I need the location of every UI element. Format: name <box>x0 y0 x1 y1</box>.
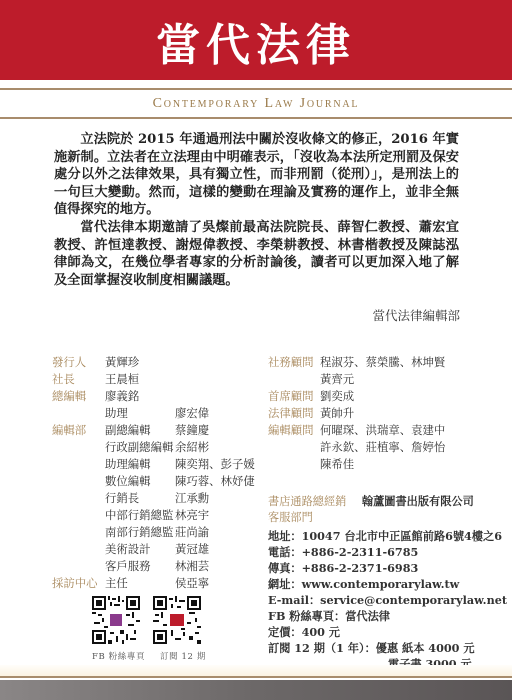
address-text: 地址：10047 台北市中正區館前路6號4樓之6 <box>268 528 502 544</box>
fb-qr-caption: FB 粉絲專頁 <box>92 650 145 662</box>
divider-top <box>0 88 512 90</box>
divider-bottom <box>0 117 512 119</box>
intro-paragraph: 立法院於 2015 年通過刑法中關於沒收條文的修正，2016 年實施新制。立法者… <box>54 131 459 219</box>
distribution-row: 書店通路總經銷 翰蘆圖書出版有限公司 <box>268 493 474 510</box>
subscription-text: 訂閱 12 期（1 年）：優惠 紙本 4000 元 <box>268 640 475 656</box>
fb-page-text: FB 粉絲專頁：當代法律 <box>268 608 390 624</box>
subscribe-qr-code[interactable] <box>153 596 201 644</box>
footer-glow <box>0 665 512 676</box>
editorial-signature: 當代法律編輯部 <box>372 306 460 324</box>
price-text: 定價：400 元 <box>268 624 340 640</box>
email-link[interactable]: E-mail：service@contemporarylaw.net <box>268 592 507 608</box>
service-dept-label: 客服部門 <box>268 510 313 526</box>
editorial-intro: 立法院於 2015 年通過刑法中關於沒收條文的修正，2016 年實施新制。立法者… <box>54 131 459 289</box>
website-link[interactable]: 網址：www.contemporarylaw.tw <box>268 576 459 592</box>
footer-band <box>0 680 512 700</box>
distribution-value: 翰蘆圖書出版有限公司 <box>362 494 474 508</box>
footer-divider <box>0 676 512 678</box>
journal-subtitle: Contemporary Law Journal <box>0 92 512 116</box>
journal-title: 當代法律 <box>156 9 356 73</box>
masthead-band: 當代法律 <box>0 0 512 80</box>
intro-paragraph: 當代法律本期邀請了吳燦前最高法院院長、薛智仁教授、蕭宏宜教授、許恒達教授、謝煜偉… <box>54 219 459 289</box>
fb-qr-code[interactable] <box>92 596 140 644</box>
phone-text: 電話：+886-2-2311-6785 <box>268 544 418 560</box>
subscribe-qr-caption: 訂閱 12 期 <box>160 650 206 662</box>
fax-text: 傳真：+886-2-2371-6983 <box>268 560 418 576</box>
distribution-label: 書店通路總經銷 <box>268 495 346 508</box>
qr-code-icon <box>153 596 201 644</box>
qr-code-icon <box>92 596 140 644</box>
